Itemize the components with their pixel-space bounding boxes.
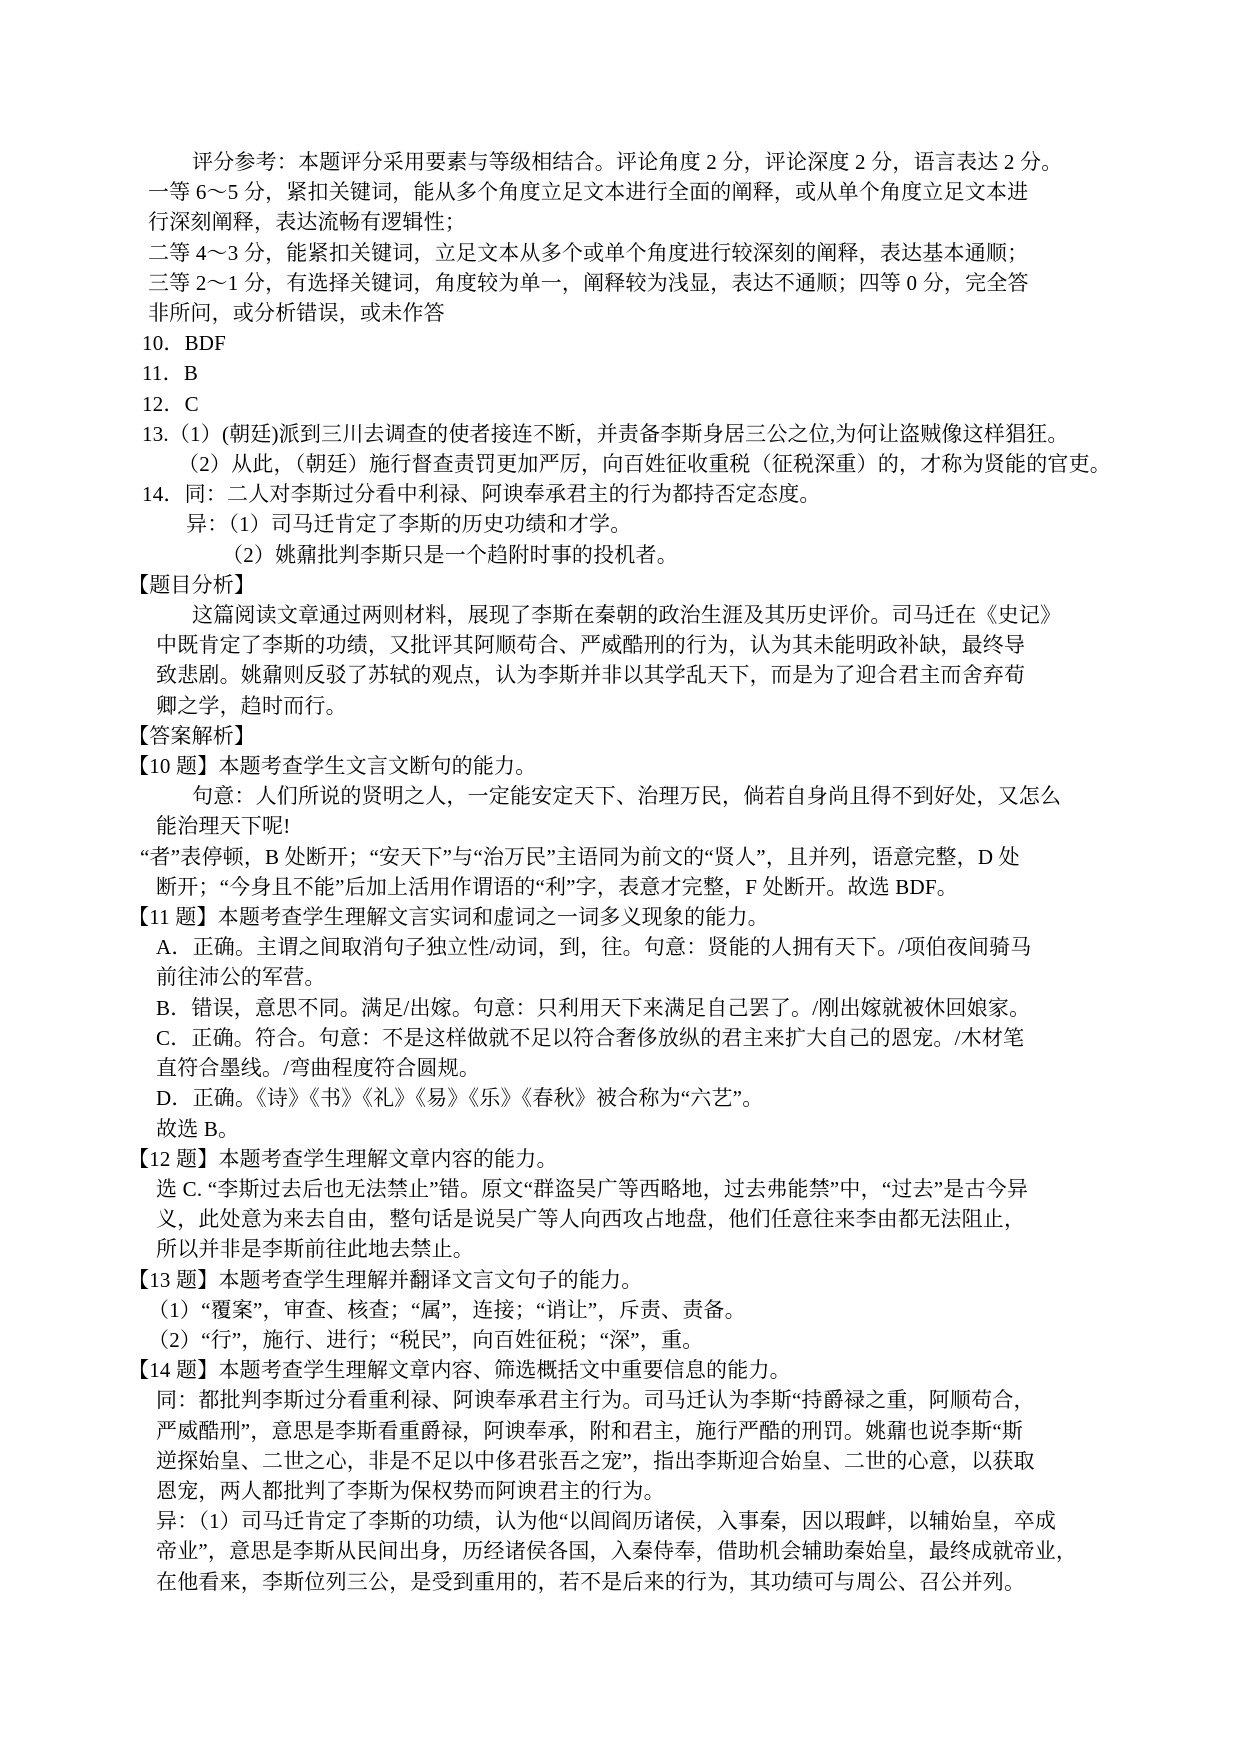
text-line: 【11 题】本题考查学生理解文言实词和虚词之一词多义现象的能力。 (128, 902, 1241, 932)
text-line: 三等 2～1 分，有选择关键词，角度较为单一，阐释较为浅显，表达不通顺；四等 0… (148, 268, 1241, 298)
text-line: 断开；“今身且不能”后加上活用作谓语的“利”字，表意才完整，F 处断开。故选 B… (156, 872, 1241, 902)
text-line: 【10 题】本题考查学生文言文断句的能力。 (128, 751, 1241, 781)
text-line: 帝业”，意思是李斯从民间出身，历经诸侯各国，入秦侍奉，借助机会辅助秦始皇，最终成… (156, 1536, 1241, 1566)
text-line: 前往沛公的军营。 (156, 962, 1241, 992)
text-line: “者”表停顿，B 处断开；“安天下”与“治万民”主语同为前文的“贤人”，且并列，… (140, 842, 1241, 872)
text-line: （2）姚鼐批判李斯只是一个趋附时事的投机者。 (222, 540, 1241, 570)
text-line: 致悲剧。姚鼐则反驳了苏轼的观点，认为李斯并非以其学乱天下，而是为了迎合君主而舍弃… (156, 660, 1241, 690)
text-line: 【13 题】本题考查学生理解并翻译文言文句子的能力。 (128, 1265, 1241, 1295)
text-line: 10．BDF (142, 328, 1241, 358)
text-line: 恩宠，两人都批判了李斯为保权势而阿谀君主的行为。 (156, 1476, 1241, 1506)
text-line: （1）“覆案”，审查、核查；“属”，连接；“诮让”，斥责、责备。 (148, 1295, 1241, 1325)
text-line: 同：都批判李斯过分看重利禄、阿谀奉承君主行为。司马迁认为李斯“持爵禄之重，阿顺苟… (156, 1385, 1241, 1415)
text-line: C．正确。符合。句意：不是这样做就不足以符合奢侈放纵的君主来扩大自己的恩宠。/木… (156, 1023, 1241, 1053)
text-line: 【12 题】本题考查学生理解文章内容的能力。 (128, 1144, 1241, 1174)
text-line: （2）“行”，施行、进行；“税民”，向百姓征税；“深”，重。 (148, 1325, 1241, 1355)
text-line: 中既肯定了李斯的功绩，又批评其阿顺苟合、严威酷刑的行为，认为其未能明政补缺，最终… (156, 630, 1241, 660)
document-text-block: 评分参考：本题评分采用要素与等级相结合。评论角度 2 分，评论深度 2 分，语言… (0, 147, 1241, 1597)
text-line: 11．B (142, 358, 1241, 388)
text-line: 评分参考：本题评分采用要素与等级相结合。评论角度 2 分，评论深度 2 分，语言… (192, 147, 1241, 177)
text-line: 能治理天下呢! (156, 811, 1241, 841)
text-line: 【14 题】本题考查学生理解文章内容、筛选概括文中重要信息的能力。 (128, 1355, 1241, 1385)
text-line: 义，此处意为来去自由，整句话是说吴广等人向西攻占地盘，他们任意往来李由都无法阻止… (156, 1204, 1241, 1234)
text-line: 这篇阅读文章通过两则材料，展现了李斯在秦朝的政治生涯及其历史评价。司马迁在《史记… (192, 600, 1241, 630)
text-line: A．正确。主谓之间取消句子独立性/动词，到，往。句意：贤能的人拥有天下。/项伯夜… (156, 932, 1241, 962)
text-line: 【题目分析】 (128, 570, 1241, 600)
text-line: 故选 B。 (156, 1114, 1241, 1144)
answer-sheet-page: 评分参考：本题评分采用要素与等级相结合。评论角度 2 分，评论深度 2 分，语言… (0, 0, 1241, 1755)
text-line: 异：（1）司马迁肯定了李斯的历史功绩和才学。 (186, 509, 1241, 539)
text-line: （2）从此，（朝廷）施行督查责罚更加严厉，向百姓征收重税（征税深重）的，才称为贤… (178, 449, 1241, 479)
text-line: 在他看来，李斯位列三公，是受到重用的，若不是后来的行为，其功绩可与周公、召公并列… (156, 1567, 1241, 1597)
text-line: 所以并非是李斯前往此地去禁止。 (156, 1234, 1241, 1264)
text-line: 卿之学，趋时而行。 (156, 691, 1241, 721)
text-line: 14．同：二人对李斯过分看中利禄、阿谀奉承君主的行为都持否定态度。 (142, 479, 1241, 509)
text-line: 非所问，或分析错误，或未作答 (148, 298, 1241, 328)
text-line: 二等 4～3 分，能紧扣关键词，立足文本从多个或单个角度进行较深刻的阐释，表达基… (148, 238, 1241, 268)
text-line: 【答案解析】 (128, 721, 1241, 751)
text-line: D．正确。《诗》《书》《礼》《易》《乐》《春秋》被合称为“六艺”。 (156, 1083, 1241, 1113)
text-line: 行深刻阐释，表达流畅有逻辑性； (148, 207, 1241, 237)
text-line: 严威酷刑”，意思是李斯看重爵禄，阿谀奉承，附和君主，施行严酷的刑罚。姚鼐也说李斯… (156, 1416, 1241, 1446)
text-line: 逆探始皇、二世之心，非是不足以中侈君张吾之宠”，指出李斯迎合始皇、二世的心意，以… (156, 1446, 1241, 1476)
text-line: 句意：人们所说的贤明之人，一定能安定天下、治理万民，倘若自身尚且得不到好处，又怎… (192, 781, 1241, 811)
text-line: B．错误，意思不同。满足/出嫁。句意：只利用天下来满足自己罢了。/刚出嫁就被休回… (156, 993, 1241, 1023)
text-line: 13.（1）(朝廷)派到三川去调查的使者接连不断，并责备李斯身居三公之位,为何让… (142, 419, 1241, 449)
text-line: 直符合墨线。/弯曲程度符合圆规。 (156, 1053, 1241, 1083)
text-line: 12．C (142, 389, 1241, 419)
text-line: 一等 6～5 分，紧扣关键词，能从多个角度立足文本进行全面的阐释，或从单个角度立… (148, 177, 1241, 207)
text-line: 异：（1）司马迁肯定了李斯的功绩，认为他“以闾阎历诸侯，入事秦，因以瑕衅，以辅始… (156, 1506, 1241, 1536)
text-line: 选 C. “李斯过去后也无法禁止”错。原文“群盗吴广等西略地，过去弗能禁”中，“… (156, 1174, 1241, 1204)
